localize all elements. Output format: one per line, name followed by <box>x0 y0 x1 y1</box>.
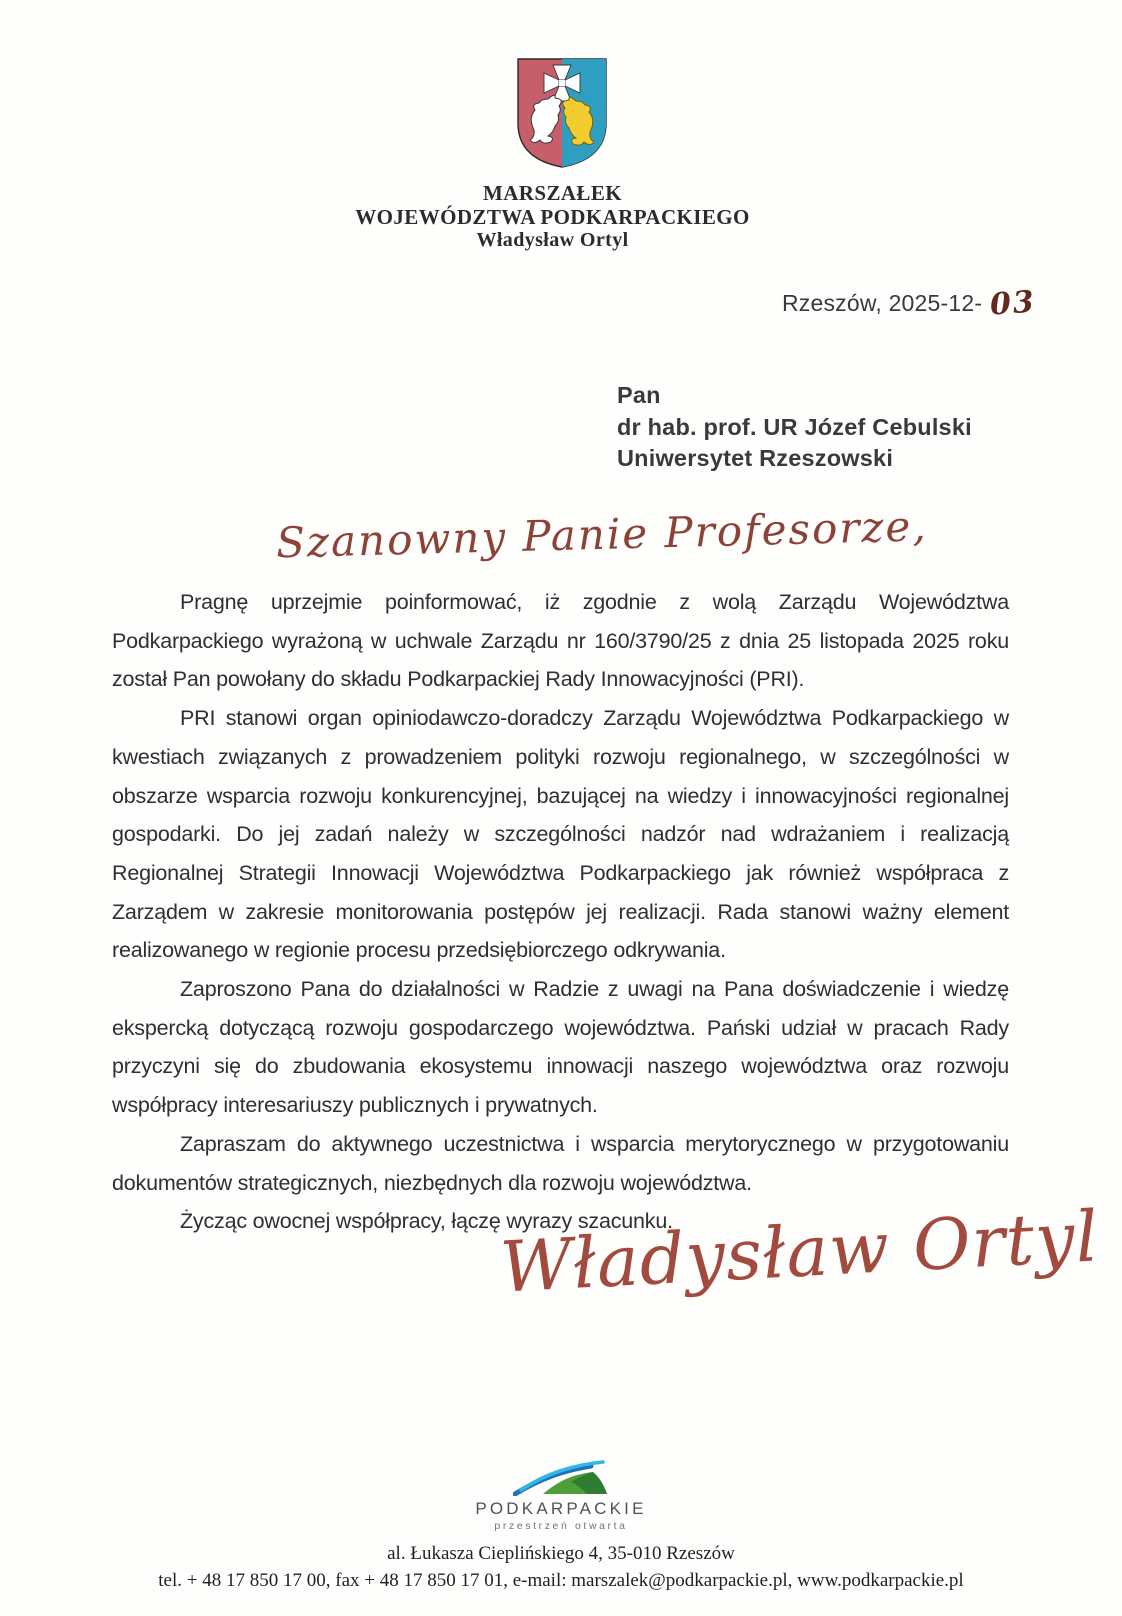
address-street: al. Łukasza Cieplińskiego 4, 35-010 Rzes… <box>0 1540 1122 1567</box>
handwritten-salutation: Szanowny Panie Profesorze, <box>275 502 916 568</box>
letter-page: MARSZAŁEK WOJEWÓDZTWA PODKARPACKIEGO Wła… <box>0 0 1122 1616</box>
recipient-institution: Uniwersytet Rzeszowski <box>617 443 972 475</box>
letterhead: MARSZAŁEK WOJEWÓDZTWA PODKARPACKIEGO Wła… <box>0 182 1105 253</box>
footer-address: al. Łukasza Cieplińskiego 4, 35-010 Rzes… <box>0 1540 1122 1594</box>
address-contacts: tel. + 48 17 850 17 00, fax + 48 17 850 … <box>0 1567 1122 1594</box>
paragraph: Pragnę uprzejmie poinformować, iż zgodni… <box>112 583 1009 699</box>
letter-body: Pragnę uprzejmie poinformować, iż zgodni… <box>112 583 1009 1241</box>
paragraph: PRI stanowi organ opiniodawczo-doradczy … <box>112 699 1009 970</box>
coat-of-arms-icon <box>516 57 608 170</box>
logo-wordmark: PODKARPACKIE <box>0 1499 1122 1519</box>
recipient-salutation: Pan <box>617 380 972 412</box>
paragraph: Zaproszono Pana do działalności w Radzie… <box>112 970 1009 1125</box>
footer-logo: PODKARPACKIE przestrzeń otwarta <box>0 1458 1122 1532</box>
letterhead-office: WOJEWÓDZTWA PODKARPACKIEGO <box>0 206 1105 230</box>
letterhead-name: Władysław Ortyl <box>0 229 1105 253</box>
recipient-block: Pan dr hab. prof. UR Józef Cebulski Uniw… <box>617 380 972 475</box>
date-handwritten-day: 03 <box>989 284 1037 322</box>
paragraph: Zapraszam do aktywnego uczestnictwa i ws… <box>112 1125 1009 1202</box>
date-printed: Rzeszów, 2025-12- <box>782 286 982 317</box>
podkarpackie-logo-icon <box>513 1458 609 1496</box>
date-line: Rzeszów, 2025-12- 03 <box>782 286 1036 321</box>
recipient-name: dr hab. prof. UR Józef Cebulski <box>617 412 972 444</box>
logo-tagline: przestrzeń otwarta <box>0 1520 1122 1532</box>
letterhead-title: MARSZAŁEK <box>0 182 1105 206</box>
